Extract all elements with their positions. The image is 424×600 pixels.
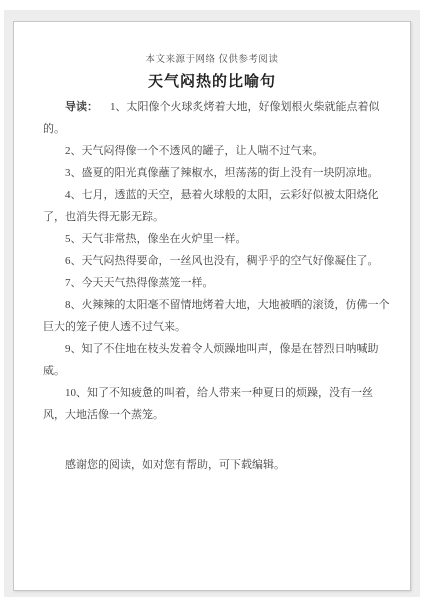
paragraph: 5、天气非常热，像坐在火炉里一样。 xyxy=(43,228,390,250)
document-body: 导读：1、太阳像个火球炙烤着大地，好像划根火柴就能点着似的。 2、天气闷得像一个… xyxy=(14,96,410,476)
paragraph: 10、知了不知疲惫的叫着，给人带来一种夏日的烦躁，没有一丝风，大地活像一个蒸笼。 xyxy=(43,382,390,426)
page-title: 天气闷热的比喻句 xyxy=(14,71,410,93)
paragraph: 4、七月，透蓝的天空，悬着火球般的太阳，云彩好似被太阳烧化了，也消失得无影无踪。 xyxy=(43,184,390,228)
closing-note: 感谢您的阅读，如对您有帮助，可下载编辑。 xyxy=(43,454,390,476)
intro-label: 导读： xyxy=(65,101,98,113)
source-note: 本文来源于网络 仅供参考阅读 xyxy=(14,53,410,67)
paragraph: 3、盛夏的阳光真像蘸了辣椒水，坦荡荡的街上没有一块阴凉地。 xyxy=(43,162,390,184)
document-page: 本文来源于网络 仅供参考阅读 天气闷热的比喻句 导读：1、太阳像个火球炙烤着大地… xyxy=(13,21,411,591)
paragraph: 6、天气闷热得要命，一丝风也没有，稠乎乎的空气好像凝住了。 xyxy=(43,250,390,272)
paragraph: 2、天气闷得像一个不透风的罐子，让人喘不过气来。 xyxy=(43,140,390,162)
paragraph: 7、今天天气热得像蒸笼一样。 xyxy=(43,272,390,294)
viewer-canvas: 本文来源于网络 仅供参考阅读 天气闷热的比喻句 导读：1、太阳像个火球炙烤着大地… xyxy=(4,10,420,597)
paragraph: 9、知了不住地在枝头发着令人烦躁地叫声，像是在替烈日呐喊助威。 xyxy=(43,338,390,382)
paragraph-intro: 导读：1、太阳像个火球炙烤着大地，好像划根火柴就能点着似的。 xyxy=(43,96,390,140)
paragraph: 8、火辣辣的太阳毫不留情地烤着大地，大地被晒的滚烫，仿佛一个巨大的笼子使人透不过… xyxy=(43,294,390,338)
